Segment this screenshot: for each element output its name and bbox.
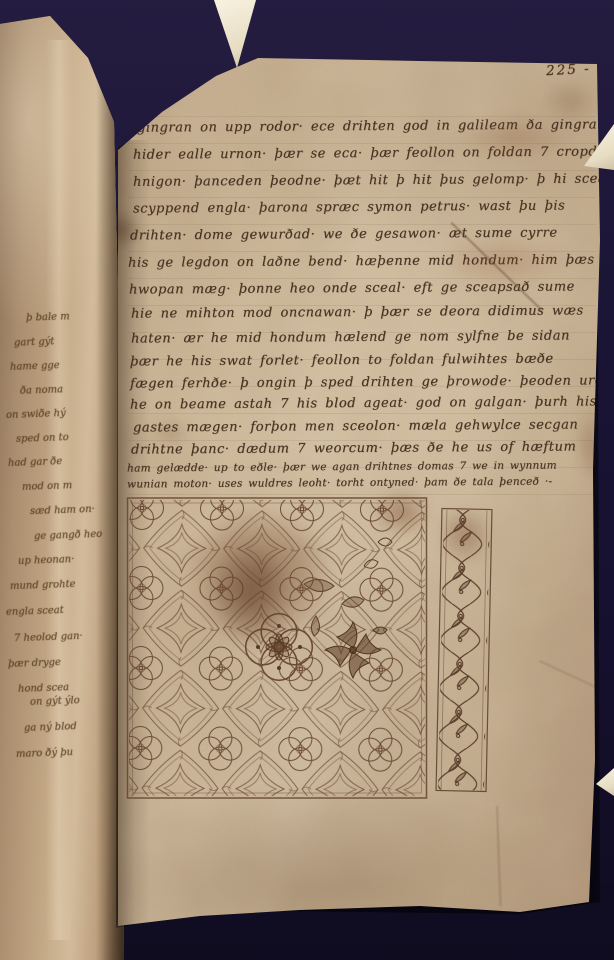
stain [372,488,432,538]
text-line: hie ne mihton mod oncnawan· þ þær se deo… [131,303,584,321]
left-text-fragment: gart gýt [14,336,55,348]
stain [436,505,492,565]
left-text-fragment: on swiðe hý [6,408,66,421]
left-text-fragment: mod on m [22,480,73,493]
text-line: drihtne þanc· dædum 7 weorcum· þæs ðe he… [131,439,576,457]
left-text-fragment: on gýt ýlo [30,695,80,708]
text-line: scyppend engla· þarona spræc symon petru… [133,198,565,216]
left-text-fragment: hond scea [18,682,69,695]
left-text-fragment: þ bale m [26,311,70,324]
crease [496,806,501,906]
left-text-fragment: sæd ham on· [30,504,95,517]
crease [539,660,603,691]
left-text-fragment: mund grohte [10,579,76,592]
left-text-fragment: sped on to [16,432,69,445]
stain [210,540,290,650]
stain [440,236,570,286]
left-text-fragment: ða noma [20,384,63,396]
folio-number: 225 - [546,61,591,79]
page-marker-top [212,0,256,68]
stain [452,118,572,158]
text-line: þær he his swat forlet· feollon to folda… [130,352,554,370]
left-text-fragment: hame gge [10,360,60,373]
left-text-fragment: ga ný blod [24,721,77,734]
left-text-fragment: up heonan· [18,554,75,567]
left-text-fragment: had gar ðe [8,456,63,469]
left-page-edge: þ bale m gart gýt hame gge ða noma on sw… [0,0,132,960]
text-line: gastes mægen· forþon men sceolon· mæla g… [133,417,578,435]
text-line: haten· ær he mid hondum hælend ge nom sy… [131,328,570,346]
left-text-fragment: engla sceat [6,605,64,618]
left-text-fragment: maro ðý þu [16,747,73,760]
left-text-fragment: þær dryge [8,657,61,670]
stain [574,404,608,484]
manuscript-photograph: þ bale m gart gýt hame gge ða noma on sw… [0,0,614,960]
stain [540,78,600,124]
left-text-fragment: ge gangð heo [34,529,103,542]
stain [150,420,190,446]
left-text-fragment: 7 heolod gan· [14,631,83,644]
